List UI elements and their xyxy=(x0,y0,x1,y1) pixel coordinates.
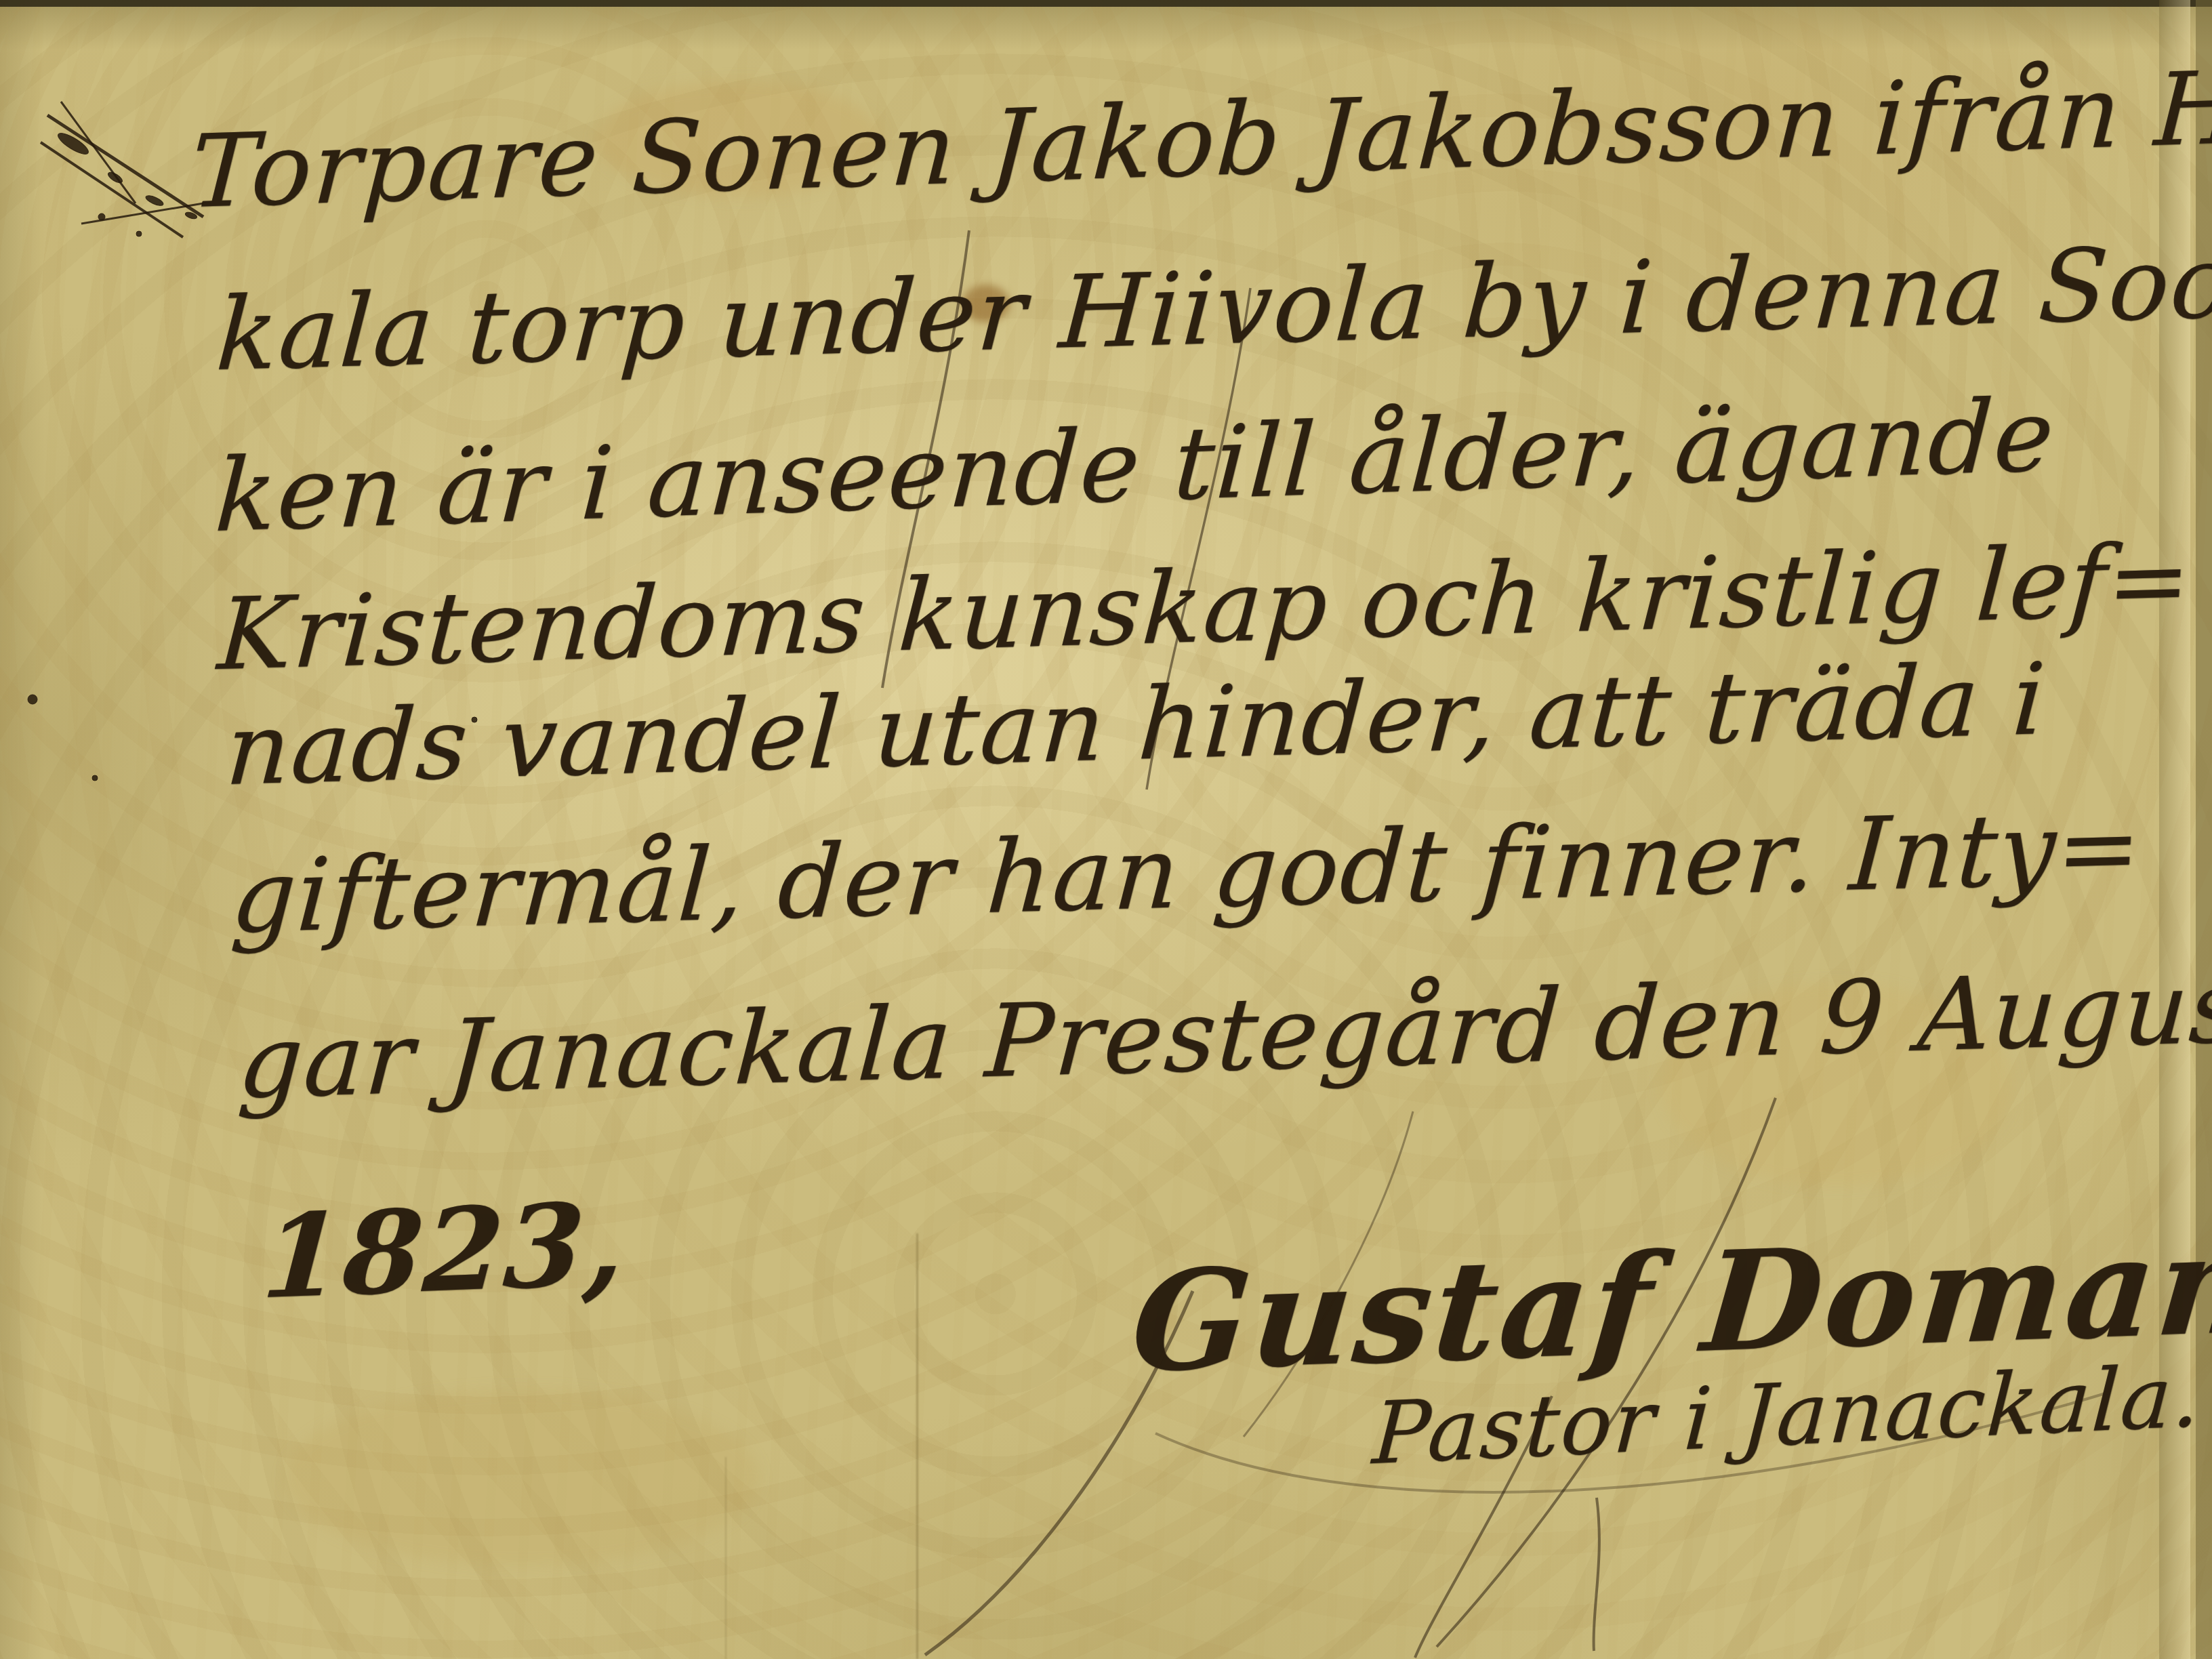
photo-top-edge-shadow xyxy=(0,0,2212,7)
manuscript-line-7: gar Janackala Prestegård den 9 Augusti xyxy=(235,946,2212,1121)
manuscript-line-1: Torpare Sonen Jakob Jakobsson ifrån Ha= xyxy=(188,45,2212,230)
year-line: 1823, xyxy=(258,1176,630,1324)
document-photo: Torpare Sonen Jakob Jakobsson ifrån Ha= … xyxy=(0,0,2212,1659)
paper-stain xyxy=(285,1389,759,1565)
paper-crease-vertical xyxy=(916,1233,918,1659)
paper-crease-vertical xyxy=(725,1457,726,1659)
manuscript-line-6: giftermål, der han godt finner. Inty= xyxy=(228,789,2146,956)
manuscript-line-3: ken är i anseende till ålder, ägande xyxy=(212,377,2057,554)
manuscript-line-2: kala torp under Hiivola by i denna Soc= xyxy=(213,222,2212,393)
